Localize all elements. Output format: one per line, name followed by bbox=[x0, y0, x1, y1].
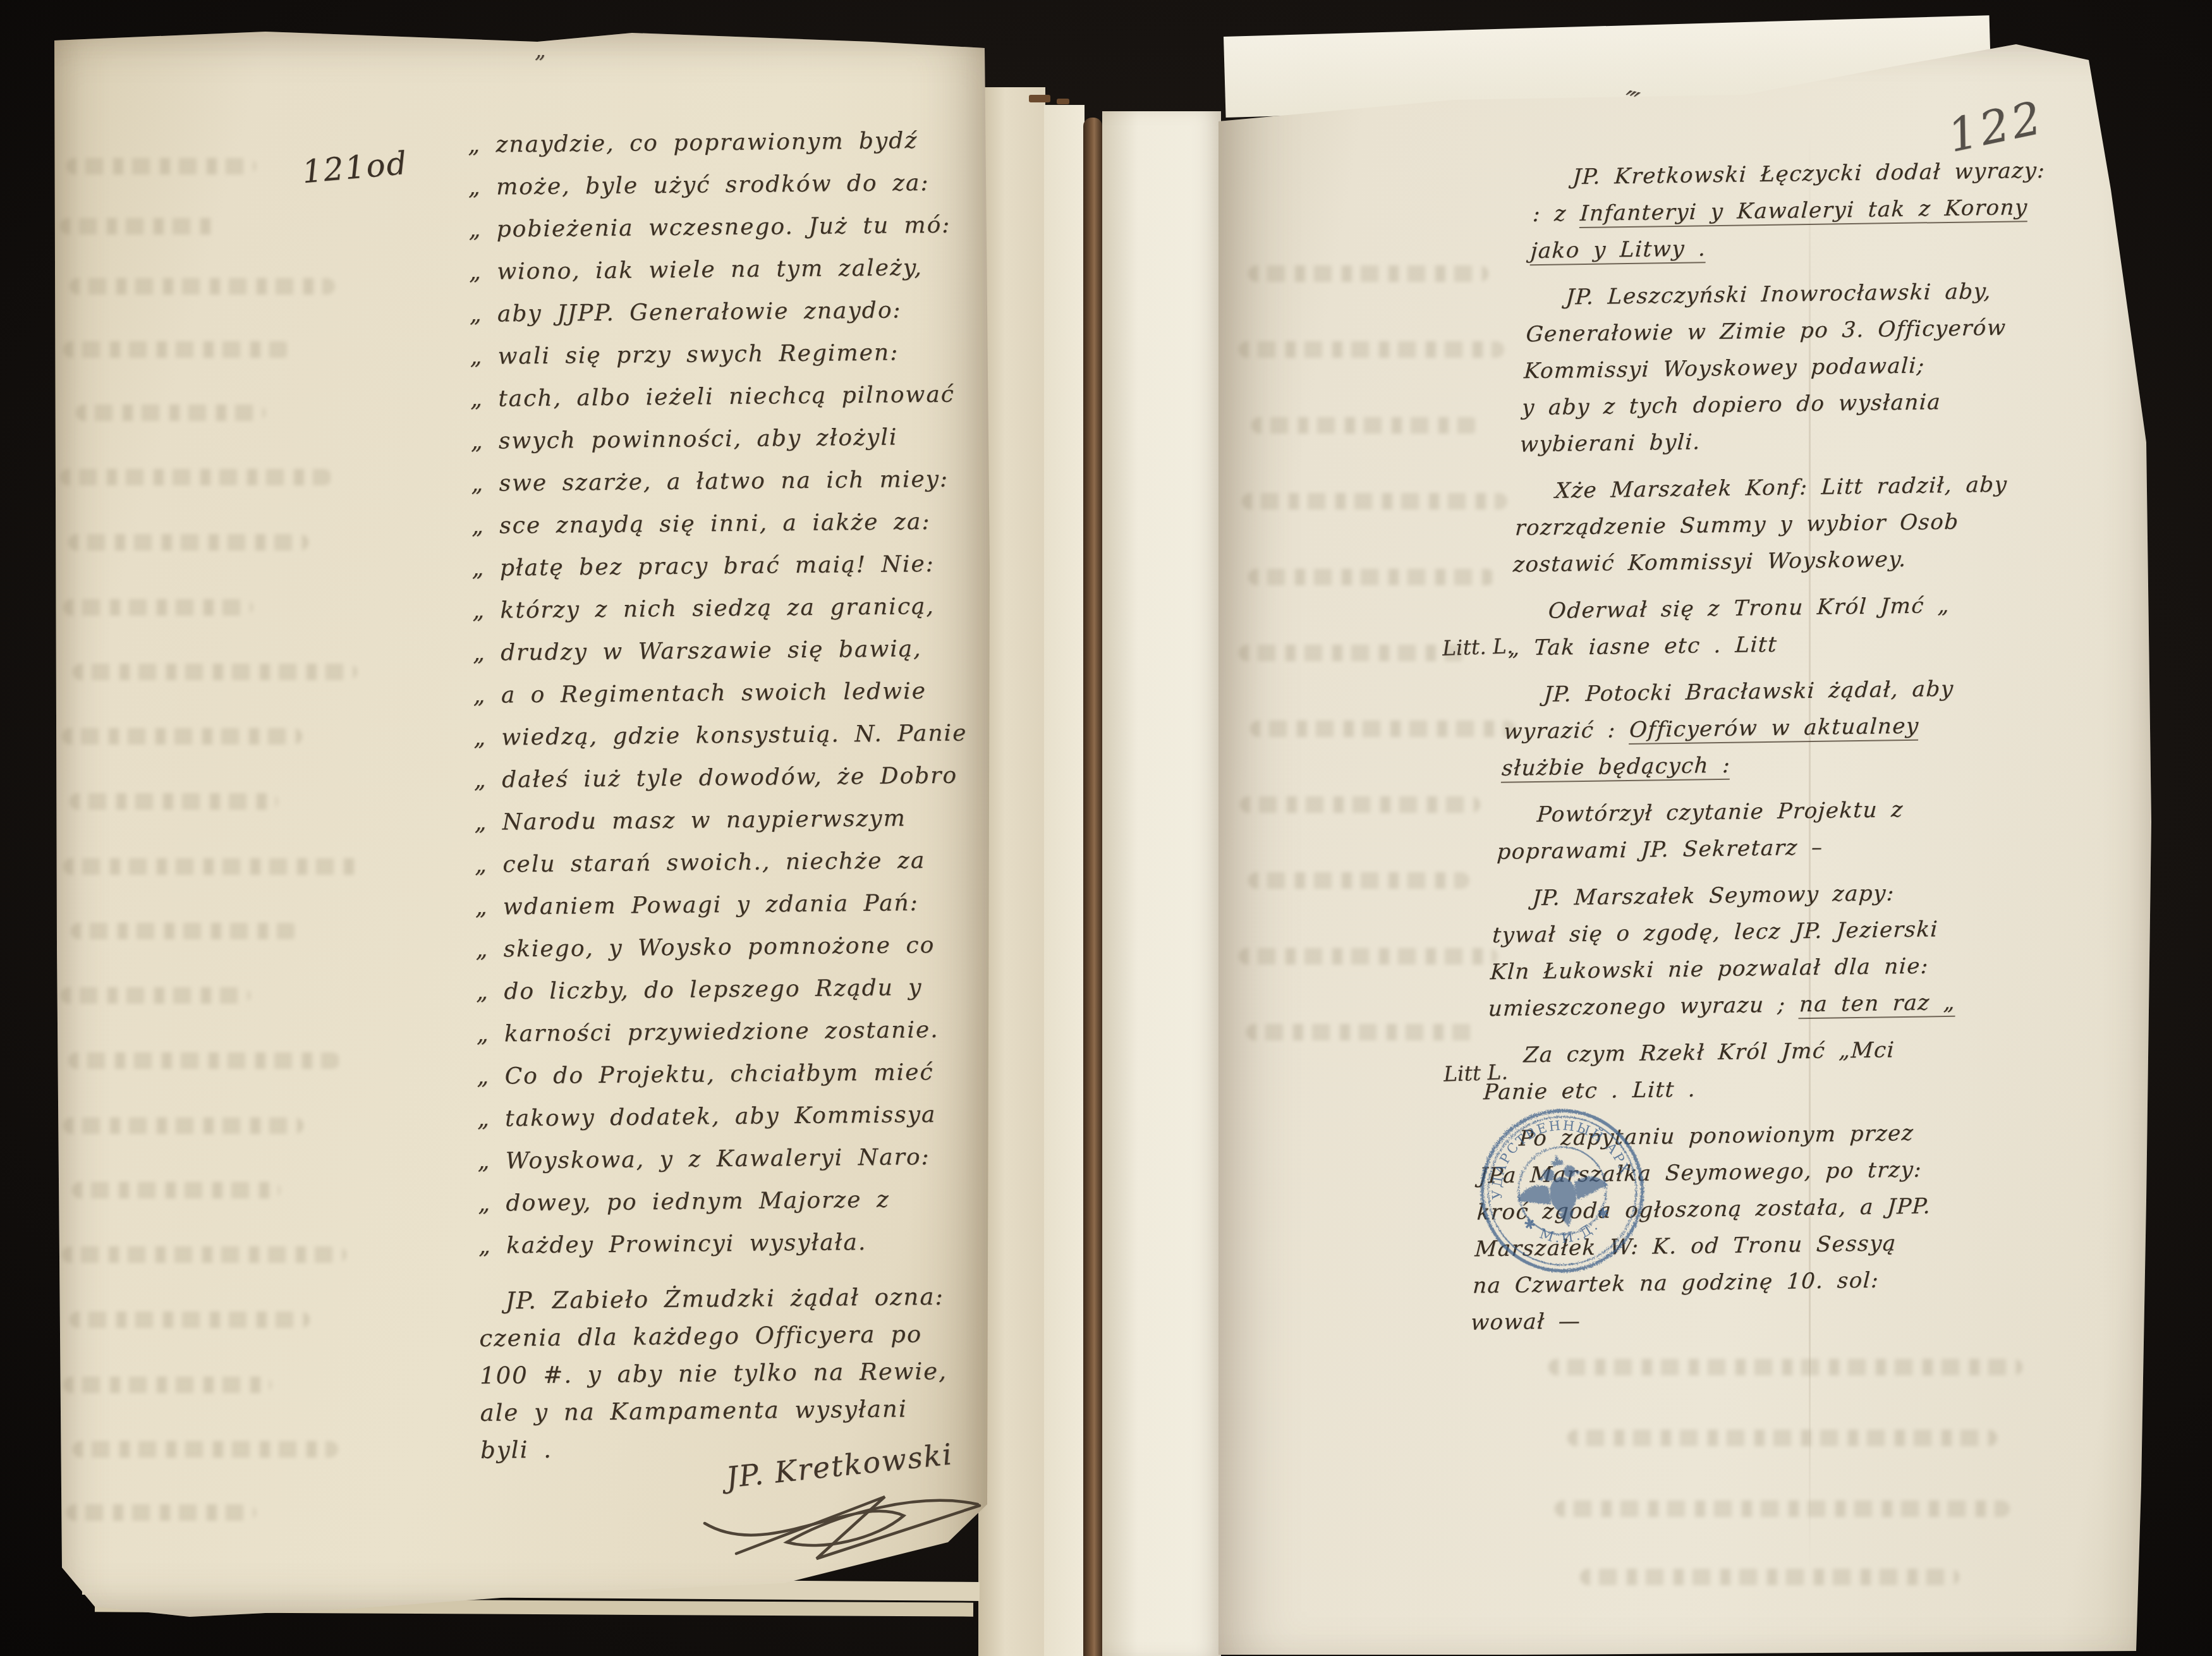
manuscript-line: „ Tak iasne etc . Litt bbox=[1507, 621, 2129, 667]
archive-stamp: ГОСУДАРСТВЕННЫЙ АРХИВЪ ✱ М.И.Д. ✱ bbox=[1462, 1091, 1662, 1290]
manuscript-line: wował — bbox=[1469, 1296, 2091, 1341]
show-through-line bbox=[66, 1504, 256, 1521]
manuscript-line: wybierani byli. bbox=[1519, 418, 2140, 463]
show-through-line bbox=[1239, 341, 1504, 358]
manuscript-line: „ drudzy w Warszawie się bawią, bbox=[473, 627, 985, 674]
manuscript-line: „ celu starań swoich., niechże za bbox=[475, 839, 987, 886]
gutter-page bbox=[1102, 111, 1221, 1656]
manuscript-line: „ wali się przy swych Regimen: bbox=[470, 331, 982, 378]
manuscript-line: „ wiedzą, gdzie konsystuią. N. Panie bbox=[473, 712, 986, 759]
show-through-line bbox=[60, 469, 332, 485]
show-through-line bbox=[70, 278, 335, 295]
manuscript-line: „ a o Regimentach swoich ledwie bbox=[473, 669, 985, 717]
manuscript-line: „ wiono, iak wiele na tym zależy, bbox=[469, 246, 981, 293]
show-through-line bbox=[1242, 493, 1507, 509]
manuscript-paragraph: JP. Marszałek Seymowy zapy:tywał się o z… bbox=[1487, 872, 2115, 1027]
show-through-line bbox=[76, 405, 265, 421]
show-through-line bbox=[60, 218, 218, 234]
show-through-line bbox=[63, 1377, 272, 1393]
show-through-line bbox=[71, 923, 298, 939]
left-text-column: „ znaydzie, co poprawionym bydź„ może, b… bbox=[468, 119, 992, 1469]
manuscript-scan: 121od „ „ znaydzie, co poprawionym bydź„… bbox=[0, 0, 2212, 1656]
show-through-line bbox=[63, 1117, 303, 1134]
manuscript-line: 100 #. y aby nie tylko na Rewie, bbox=[480, 1352, 992, 1394]
manuscript-line: „ aby JJPP. Generałowie znaydo: bbox=[470, 288, 982, 336]
manuscript-line: „ tach, albo ieżeli niechcą pilnować bbox=[470, 373, 983, 420]
manuscript-paragraph: Za czym Rzekł Król Jmć „MciPanie etc . L… bbox=[1483, 1029, 2106, 1111]
manuscript-line: jako y Litwy . bbox=[1529, 224, 2151, 269]
binding-cord bbox=[1083, 118, 1102, 1656]
manuscript-paragraph: JP. Leszczyński Inowrocławski aby,Genera… bbox=[1519, 271, 2148, 463]
show-through-line bbox=[1251, 417, 1479, 434]
manuscript-paragraph: Xże Marszałek Konf: Litt radził, abyrozr… bbox=[1512, 465, 2138, 583]
manuscript-paragraph: JP. Potocki Bracławski żądał, abywyrazić… bbox=[1500, 668, 2126, 787]
manuscript-line: „ pobieżenia wczesnego. Już tu mó: bbox=[468, 204, 981, 251]
manuscript-line: „ znaydzie, co poprawionym bydź bbox=[468, 119, 980, 166]
show-through-line bbox=[72, 1182, 281, 1198]
show-through-line bbox=[61, 987, 250, 1004]
manuscript-paragraph: JP. Kretkowski Łęczycki dodał wyrazy:: z… bbox=[1529, 150, 2155, 269]
manuscript-line: „ może, byle użyć srodków do za: bbox=[468, 161, 981, 209]
manuscript-line: „ karności przywiedzione zostanie. bbox=[477, 1008, 989, 1056]
manuscript-line: „ takowy dodatek, aby Kommissya bbox=[477, 1093, 990, 1140]
signature-flourish-icon bbox=[692, 1478, 1046, 1592]
show-through-line bbox=[63, 858, 360, 875]
manuscript-line: „ swe szarże, a łatwo na ich miey: bbox=[471, 458, 983, 505]
show-through-line bbox=[1250, 721, 1516, 737]
show-through-line bbox=[63, 341, 291, 358]
show-through-line bbox=[1248, 872, 1469, 889]
show-through-line bbox=[1555, 1501, 2010, 1517]
manuscript-line: „ skiego, y Woysko pomnożone co bbox=[475, 923, 988, 971]
manuscript-line: umieszczonego wyrazu ; na ten raz „ bbox=[1487, 982, 2108, 1027]
manuscript-line: „ Co do Projektu, chciałbym mieć bbox=[477, 1050, 989, 1098]
manuscript-line: „ dowey, po iednym Majorze z bbox=[478, 1178, 990, 1225]
show-through-line bbox=[1239, 645, 1466, 661]
show-through-line bbox=[68, 534, 308, 551]
show-through-line bbox=[63, 599, 253, 616]
manuscript-line: poprawami JP. Sekretarz – bbox=[1496, 825, 2117, 870]
manuscript-line: „ Woyskowa, y z Kawaleryi Naro: bbox=[477, 1135, 990, 1183]
manuscript-line: „ dałeś iuż tyle dowodów, że Dobro bbox=[474, 754, 987, 801]
show-through-line bbox=[66, 158, 256, 174]
show-through-line bbox=[1248, 265, 1488, 282]
manuscript-line: zostawić Kommissyi Woyskowey. bbox=[1512, 538, 2134, 583]
manuscript-line: JP. Zabieło Żmudzki żądał ozna: bbox=[479, 1277, 992, 1320]
show-through-line bbox=[70, 1312, 310, 1328]
manuscript-line: „ Narodu masz w naypierwszym bbox=[474, 796, 987, 844]
paper-debris bbox=[1057, 99, 1069, 104]
margin-note-litt-l-1: Litt. L. bbox=[1442, 633, 1514, 661]
manuscript-line: „ płatę bez pracy brać maią! Nie: bbox=[471, 542, 984, 590]
show-through-line bbox=[62, 728, 302, 745]
show-through-line bbox=[62, 1246, 346, 1263]
show-through-line bbox=[1246, 1024, 1480, 1040]
manuscript-line: „ sce znaydą się inni, a iakże za: bbox=[471, 500, 984, 547]
manuscript-paragraph: Oderwał się z Tronu Król Jmć „„ Tak iasn… bbox=[1507, 585, 2130, 667]
page-edge-strip bbox=[1044, 105, 1085, 1656]
show-through-line bbox=[1248, 569, 1495, 585]
manuscript-line: „ do liczby, do lepszego Rządu y bbox=[476, 966, 988, 1013]
manuscript-line: „ którzy z nich siedzą za granicą, bbox=[472, 585, 985, 632]
manuscript-paragraph: Powtórzył czytanie Projektu zpoprawami J… bbox=[1496, 788, 2119, 870]
show-through-line bbox=[1580, 1569, 1959, 1585]
manuscript-line: „ swych powinności, aby złożyli bbox=[471, 415, 983, 463]
manuscript-line: „ każdey Prowincyi wysyłała. bbox=[478, 1220, 991, 1267]
manuscript-line: służbie będących : bbox=[1500, 741, 2122, 787]
show-through-line bbox=[1239, 948, 1498, 965]
show-through-line bbox=[70, 793, 278, 810]
show-through-line bbox=[1567, 1430, 1997, 1446]
show-through-line bbox=[1240, 796, 1480, 813]
manuscript-line: „ wdaniem Powagi y zdania Pań: bbox=[475, 881, 988, 928]
quote-mark-top: „ bbox=[535, 38, 546, 63]
show-through-line bbox=[1548, 1359, 2022, 1375]
manuscript-line: ale y na Kampamenta wysyłani bbox=[480, 1389, 992, 1432]
show-through-line bbox=[68, 1052, 340, 1069]
show-through-line bbox=[73, 1441, 338, 1458]
paper-debris bbox=[1029, 95, 1050, 102]
show-through-line bbox=[73, 664, 357, 680]
quoted-block: „ znaydzie, co poprawionym bydź„ może, b… bbox=[468, 119, 990, 1267]
manuscript-line: czenia dla każdego Officyera po bbox=[479, 1315, 992, 1357]
